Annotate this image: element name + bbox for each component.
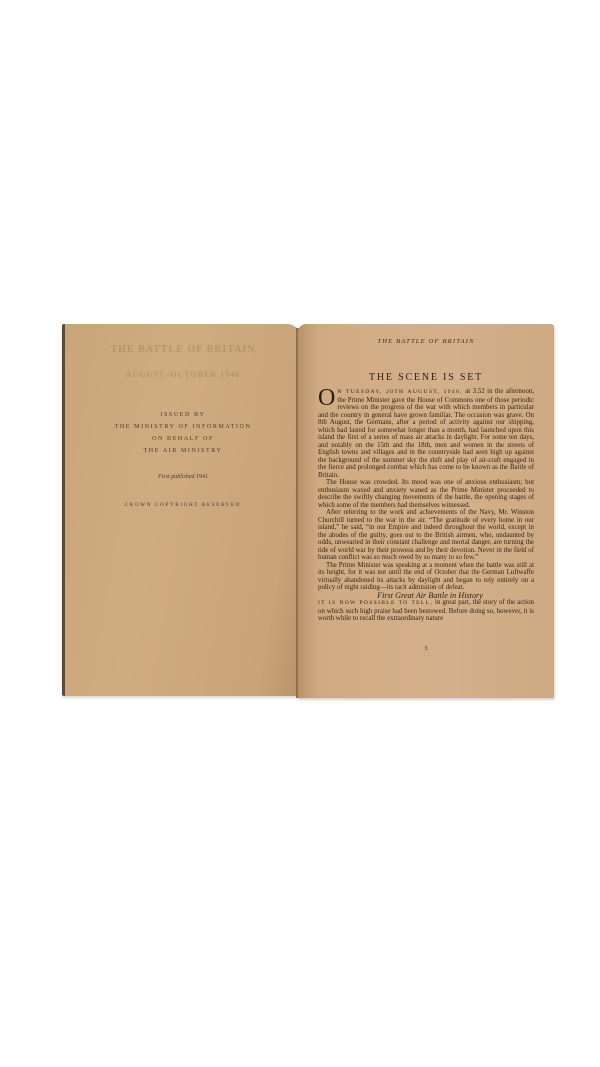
copyright-notice: CROWN COPYRIGHT RESERVED (65, 500, 301, 511)
page-number: 3 (298, 646, 554, 652)
paragraph: ON TUESDAY, 20TH AUGUST, 1940, at 3.52 i… (318, 388, 534, 479)
imprint-ministry: THE MINISTRY OF INFORMATION (65, 422, 301, 433)
paragraph: After referring to the work and achievem… (318, 509, 534, 562)
paragraph: The House was crowded. Its mood was one … (318, 479, 534, 509)
paragraph: IT IS NOW POSSIBLE TO TELL, in great par… (318, 599, 534, 623)
left-page: THE BATTLE OF BRITAIN AUGUST–OCTOBER 194… (62, 324, 301, 696)
show-through-text: THE BATTLE OF BRITAIN (65, 344, 301, 355)
right-page: THE BATTLE OF BRITAIN THE SCENE IS SET O… (298, 324, 554, 698)
first-published: First published 1941 (65, 474, 301, 480)
imprint-issued-by: ISSUED BY (65, 410, 301, 421)
section-subheading: First Great Air Battle in History (318, 592, 534, 600)
imprint-air-ministry: THE AIR MINISTRY (65, 446, 301, 457)
imprint-on-behalf: ON BEHALF OF (65, 434, 301, 445)
show-through-text: AUGUST–OCTOBER 1940 (65, 370, 301, 379)
running-head: THE BATTLE OF BRITAIN (298, 338, 554, 345)
open-booklet: THE BATTLE OF BRITAIN AUGUST–OCTOBER 194… (62, 318, 558, 708)
paragraph: The Prime Minister was speaking at a mom… (318, 562, 534, 592)
chapter-title: THE SCENE IS SET (298, 372, 554, 383)
body-text: ON TUESDAY, 20TH AUGUST, 1940, at 3.52 i… (318, 388, 534, 623)
drop-cap: O (318, 388, 335, 408)
